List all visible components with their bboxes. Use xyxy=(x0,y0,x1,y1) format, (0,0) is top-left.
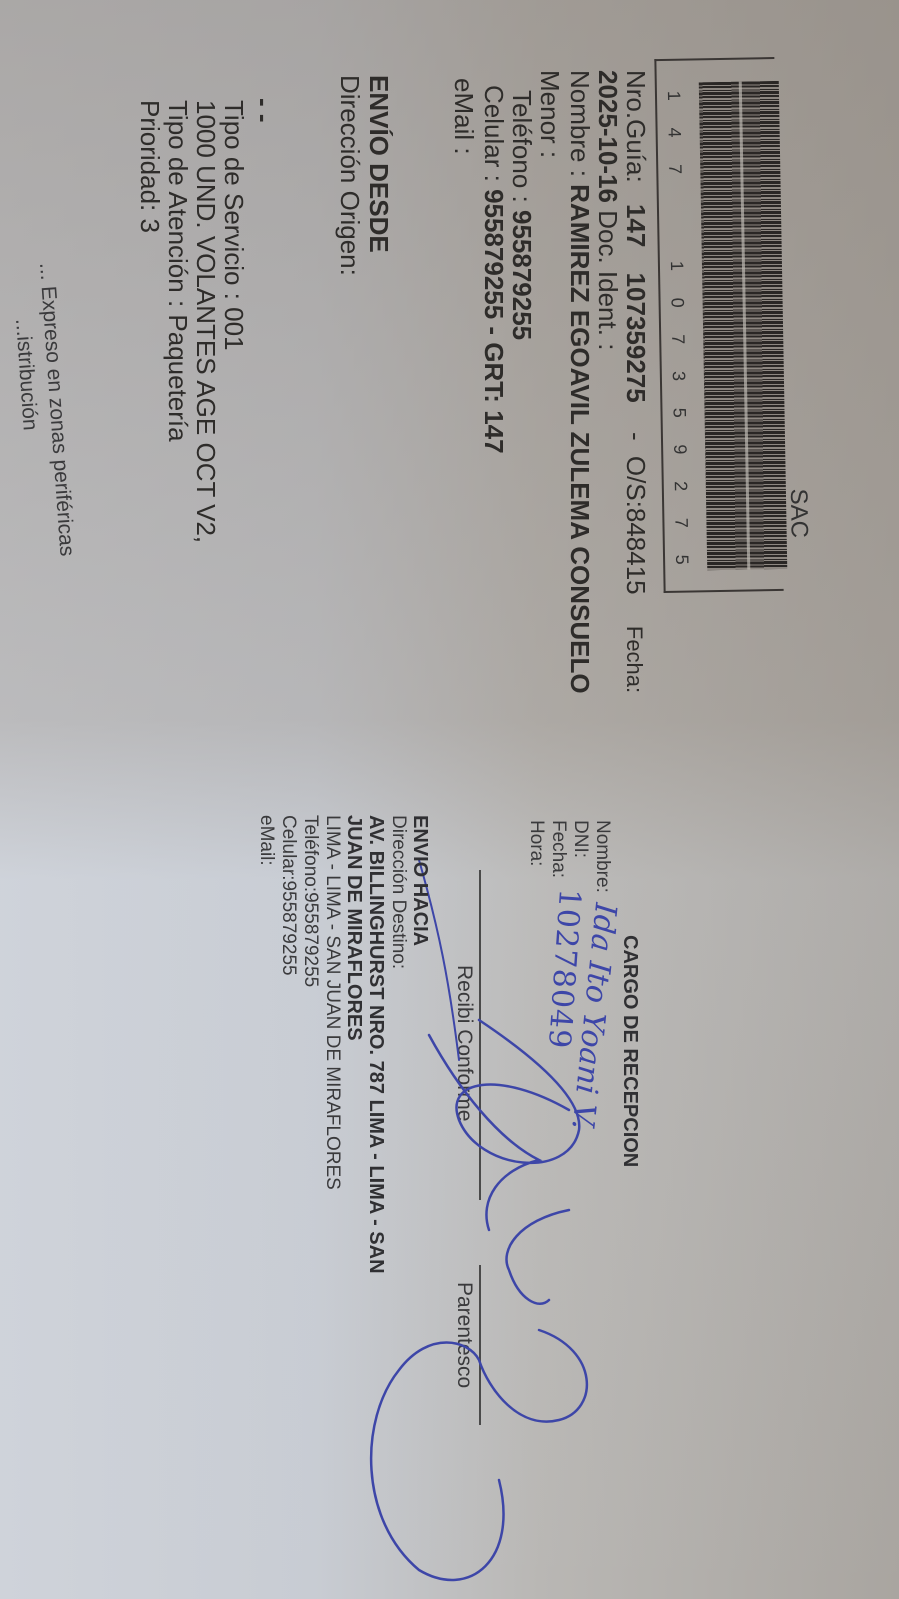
shipping-receipt-document: SAC 1 4 7 1 0 7 3 5 9 2 7 5 Nro.Guía: 14… xyxy=(0,0,899,1599)
telefono-destino: Teléfono:955879255 xyxy=(299,815,321,987)
signature-icon xyxy=(0,0,899,1599)
celular-destino: Celular:955879255 xyxy=(277,815,299,976)
direccion-destino-line2: JUAN DE MIRAFLORES xyxy=(342,815,365,1041)
email-destino-label: eMail: xyxy=(255,815,277,866)
direccion-destino-label: Dirección Destino: xyxy=(387,815,409,969)
envio-hacia-title: ENVIO HACIA xyxy=(408,815,431,946)
direccion-destino-line1: AV. BILLINGHURST NRO. 787 LIMA - LIMA - … xyxy=(364,815,387,1274)
ubigeo-destino: LIMA - LIMA - SAN JUAN DE MIRAFLORES xyxy=(321,815,343,1190)
